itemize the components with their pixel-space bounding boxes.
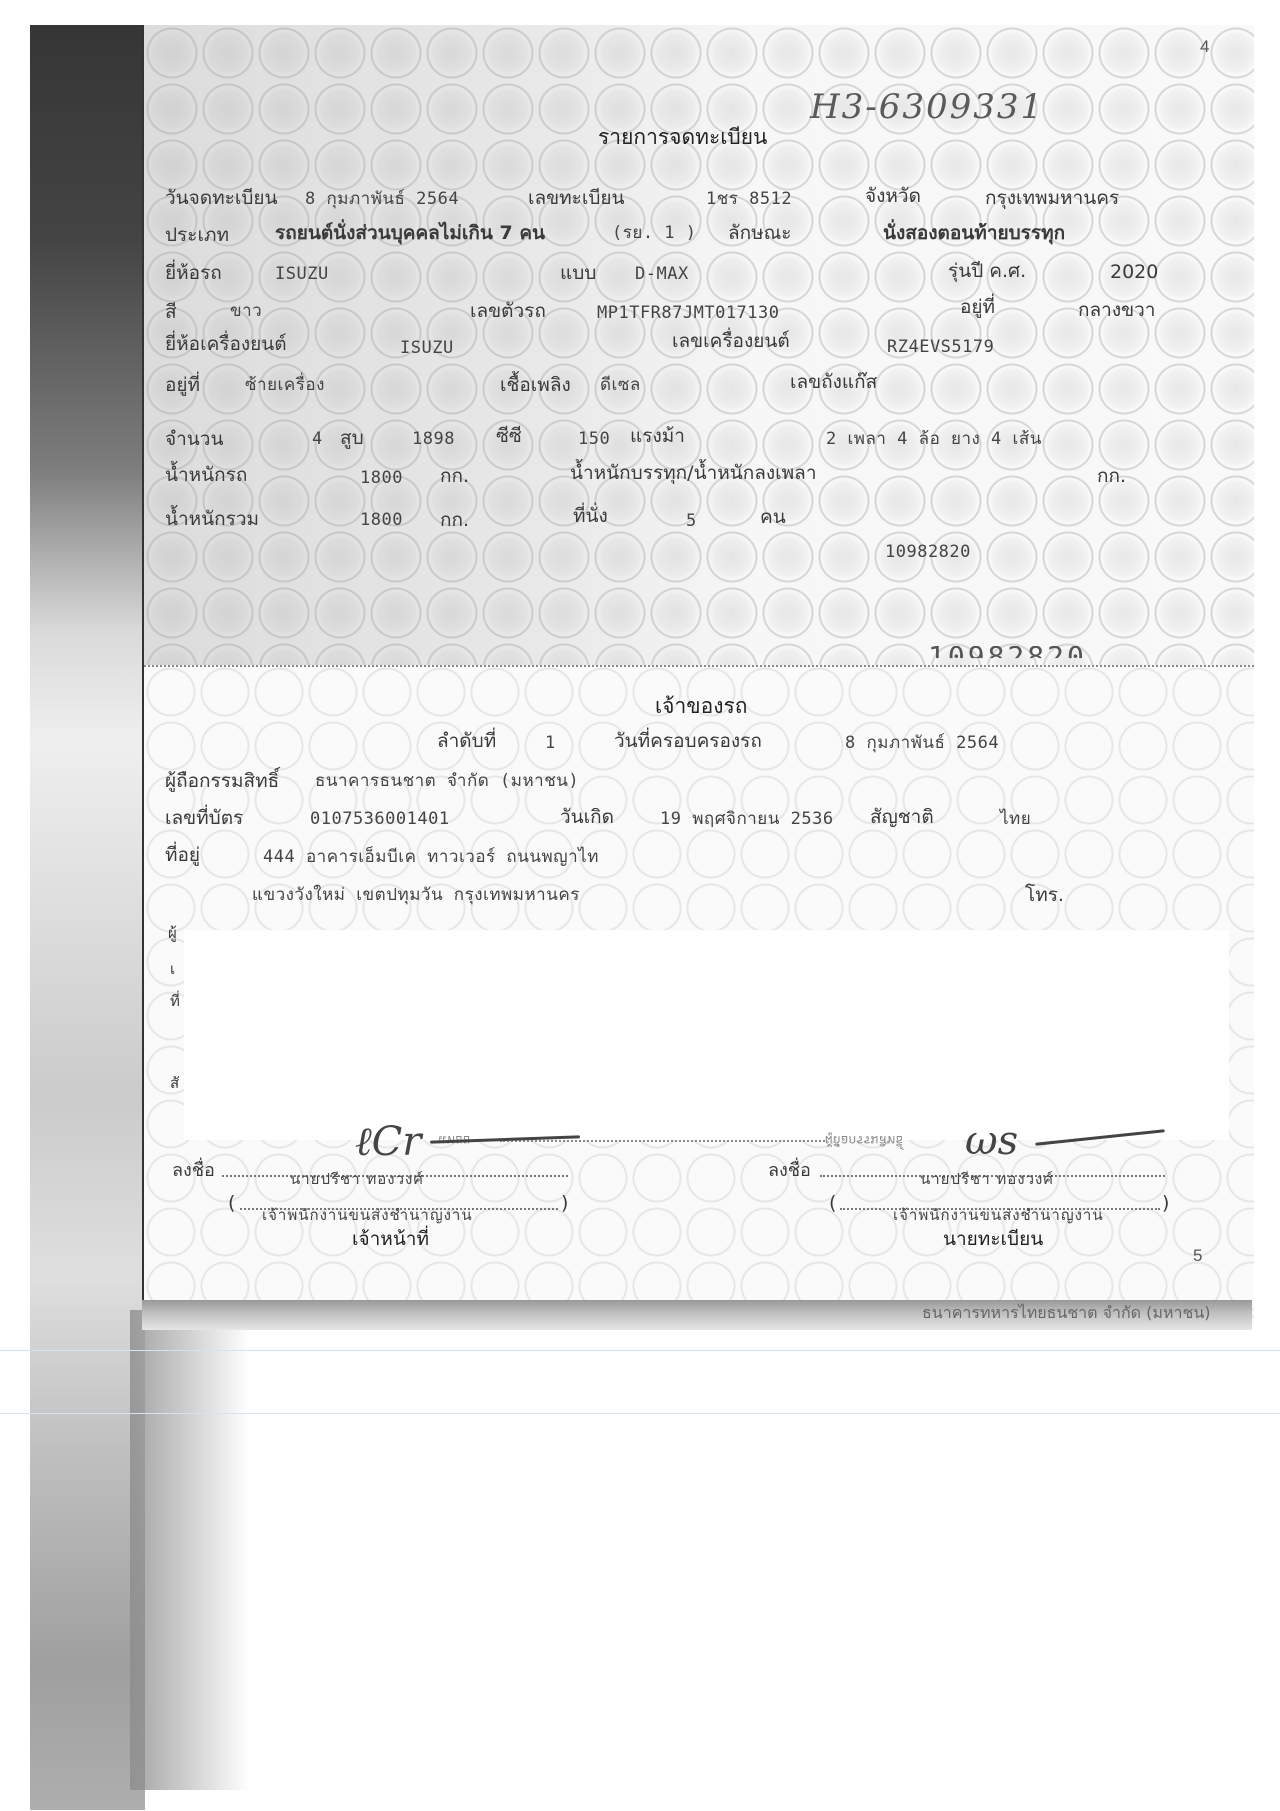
- seats-value: 5: [686, 510, 697, 532]
- signer-role-right: นายทะเบียน: [943, 1228, 1043, 1250]
- paren-close-left: ): [561, 1192, 568, 1214]
- page-fold-strip: ธนาคารทหารไทยธนชาต จำกัด (มหาชน): [142, 1300, 1252, 1330]
- masked-glyph: ที่: [170, 990, 180, 1012]
- possession-date-label: วันที่ครอบครองรถ: [614, 730, 762, 752]
- nationality-value: ไทย: [1000, 808, 1031, 830]
- cc-value: 1898: [412, 428, 455, 450]
- color-label: สี: [165, 301, 177, 323]
- order-value: 1: [545, 732, 556, 754]
- engine-number-label: เลขเครื่องยนต์: [672, 330, 790, 352]
- hp-value: 150: [578, 428, 610, 450]
- cc-unit: ซีซี: [496, 425, 522, 447]
- scanner-shadow-lower: [130, 1310, 250, 1790]
- reg-date-value: 8 กุมภาพันธ์ 2564: [305, 188, 459, 210]
- gas-tank-label: เลขถังแก๊ส: [790, 371, 877, 393]
- paren-open-left: (: [228, 1192, 235, 1214]
- hp-unit: แรงม้า: [630, 425, 685, 447]
- cylinders-value: 4: [312, 428, 323, 450]
- section-title-owner: เจ้าของรถ: [655, 695, 748, 717]
- section-title-registration: รายการจดทะเบียน: [598, 126, 767, 148]
- fuel-label: เชื้อเพลิง: [500, 374, 571, 396]
- kg-unit-2: กก.: [1097, 465, 1126, 487]
- engine-location-value: ซ้ายเครื่อง: [245, 374, 325, 396]
- paren-close-right: ): [1162, 1192, 1169, 1214]
- masked-glyph: เ: [170, 958, 175, 980]
- type-code: (รย. 1 ): [612, 222, 697, 244]
- title-holder-label: ผู้ถือกรรมสิทธิ์: [165, 770, 279, 792]
- faded-mirror-text-right: ผู้ถือกรรมสิทธิ์: [825, 1128, 903, 1150]
- signer-position-left: เจ้าพนักงานขนส่งชำนาญงาน: [262, 1204, 473, 1226]
- year-value: 2020: [1110, 261, 1158, 283]
- address-label: ที่อยู่: [165, 844, 200, 866]
- style-value: นั่งสองตอนท้ายบรรทุก: [883, 222, 1065, 244]
- scanner-shadow-band: [30, 25, 145, 1810]
- possession-date-value: 8 กุมภาพันธ์ 2564: [845, 732, 999, 754]
- vin-location-label: อยู่ที่: [960, 296, 995, 318]
- sign-label-right: ลงชื่อ: [768, 1160, 811, 1182]
- color-value: ขาว: [230, 300, 262, 322]
- paren-open-right: (: [829, 1192, 836, 1214]
- birth-date-label: วันเกิด: [560, 806, 614, 828]
- fuel-value: ดีเซล: [600, 374, 641, 396]
- scan-artifact-line: [0, 1413, 1280, 1414]
- nationality-label: สัญชาติ: [870, 806, 934, 828]
- vehicle-weight-label: น้ำหนักรถ: [165, 464, 247, 486]
- strip-text: ธนาคารทหารไทยธนชาต จำกัด (มหาชน): [922, 1302, 1211, 1324]
- load-weight-label: น้ำหนักบรรทุก/น้ำหนักลงเพลา: [570, 462, 817, 484]
- gross-weight-label: น้ำหนักรวม: [165, 508, 259, 530]
- model-label: แบบ: [560, 262, 596, 284]
- scan-artifact-line: [0, 1350, 1280, 1351]
- order-label: ลำดับที่: [437, 730, 496, 752]
- phone-label: โทร.: [1025, 884, 1064, 906]
- sign-label-left: ลงชื่อ: [172, 1160, 215, 1182]
- kg-unit-1: กก.: [440, 465, 469, 487]
- engine-brand-label: ยี่ห้อเครื่องยนต์: [165, 333, 287, 355]
- handwritten-reference: H3-6309331: [810, 96, 1044, 118]
- reg-date-label: วันจดทะเบียน: [165, 187, 278, 209]
- signer-name-right: นายปรีชา ทองวงศ์: [920, 1168, 1054, 1190]
- engine-brand-value: ISUZU: [400, 337, 454, 359]
- vin-value: MP1TFR87JMT017130: [597, 302, 780, 324]
- page-number-bottom: 5: [1193, 1245, 1202, 1267]
- signature-left: ℓCr: [355, 1118, 421, 1165]
- birth-date-value: 19 พฤศจิกายน 2536: [660, 808, 834, 830]
- seats-unit: คน: [760, 506, 786, 528]
- address-line-2: แขวงวังใหม่ เขตปทุมวัน กรุงเทพมหานคร: [252, 884, 580, 906]
- id-number-value: 0107536001401: [310, 808, 450, 830]
- address-line-1: 444 อาคารเอ็มบีเค ทาวเวอร์ ถนนพญาไท: [263, 846, 599, 868]
- vin-label: เลขตัวรถ: [470, 300, 546, 322]
- axles-wheels-value: 2 เพลา 4 ล้อ ยาง 4 เส้น: [826, 428, 1042, 450]
- brand-label: ยี่ห้อรถ: [165, 262, 222, 284]
- serial-number: 10982820: [885, 541, 971, 563]
- redacted-area: [184, 930, 1229, 1140]
- id-number-label: เลขที่บัตร: [165, 807, 243, 829]
- signature-right: ωs: [965, 1118, 1018, 1164]
- title-holder-value: ธนาคารธนชาต จำกัด (มหาชน): [315, 770, 579, 792]
- plate-label: เลขทะเบียน: [528, 187, 625, 209]
- brand-value: ISUZU: [275, 263, 329, 285]
- signer-position-right: เจ้าพนักงานขนส่งชำนาญงาน: [893, 1204, 1104, 1226]
- kg-unit-3: กก.: [440, 509, 469, 531]
- type-label: ประเภท: [165, 224, 229, 246]
- vehicle-weight-value: 1800: [360, 467, 403, 489]
- signer-name-left: นายปรีชา ทองวงศ์: [290, 1168, 424, 1190]
- model-value: D-MAX: [635, 263, 689, 285]
- masked-glyph: ผู้: [168, 922, 177, 944]
- province-label: จังหวัด: [865, 185, 921, 207]
- perforation-line: [144, 665, 1254, 669]
- count-label: จำนวน: [165, 428, 223, 450]
- cylinders-unit: สูบ: [340, 427, 364, 449]
- seats-label: ที่นั่ง: [573, 505, 608, 527]
- dotted-line: [500, 1140, 825, 1142]
- vin-location-value: กลางขวา: [1078, 299, 1155, 321]
- style-label: ลักษณะ: [728, 222, 792, 244]
- engine-number-value: RZ4EVS5179: [887, 336, 994, 358]
- masked-glyph: สั: [170, 1072, 179, 1094]
- page-number-top: 4: [1200, 36, 1209, 58]
- engine-location-label: อยู่ที่: [165, 374, 200, 396]
- year-label: รุ่นปี ค.ศ.: [948, 260, 1026, 282]
- registration-document: [142, 25, 1254, 1325]
- signer-role-left: เจ้าหน้าที่: [352, 1228, 429, 1250]
- type-value: รถยนต์นั่งส่วนบุคคลไม่เกิน 7 คน: [275, 222, 545, 244]
- province-value: กรุงเทพมหานคร: [985, 187, 1119, 209]
- plate-value: 1ชร 8512: [706, 188, 792, 210]
- gross-weight-value: 1800: [360, 509, 403, 531]
